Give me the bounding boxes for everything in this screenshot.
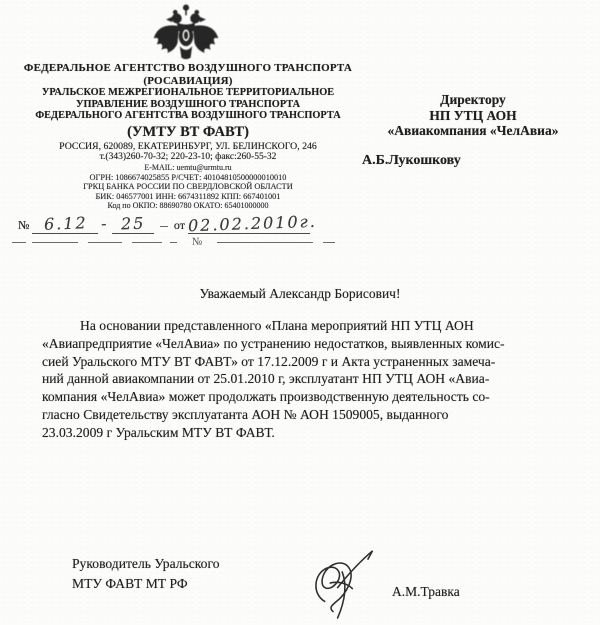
salutation: Уважаемый Александр Борисович! (40, 286, 560, 302)
agency-name-line2: (РОСАВИАЦИЯ) (18, 75, 358, 88)
body-line: компания «ЧелАвиа» может продолжать прои… (42, 388, 564, 406)
outgoing-number-dash: - (101, 214, 109, 233)
signature-icon (310, 546, 402, 620)
org-name-line2: УПРАВЛЕНИЕ ВОЗДУШНОГО ТРАНСПОРТА (18, 99, 358, 111)
scanned-letter-page: ФЕДЕРАЛЬНОЕ АГЕНТСТВО ВОЗДУШНОГО ТРАНСПО… (0, 0, 600, 625)
body-line: гласно Свидетельству эксплуатанта АОН № … (42, 406, 564, 424)
outgoing-number-part2: 25 (120, 214, 145, 234)
addressee-company: «Авиакомпания «ЧелАвиа» (356, 123, 590, 139)
reply-no-label: № (192, 236, 203, 248)
signer-title-line1: Руководитель Уральского (72, 554, 332, 574)
body-line: «Авиапредприятие «ЧелАвиа» по устранению… (42, 335, 564, 353)
signer-title: Руководитель Уральского МТУ ФАВТ МТ РФ (72, 554, 332, 594)
org-name-line3: ФЕДЕРАЛЬНОГО АГЕНТСТВА ВОЗДУШНОГО ТРАНСП… (18, 110, 358, 122)
reply-reference-row: № (12, 236, 342, 248)
ref-ot-label: от (174, 218, 185, 232)
date-field: 02.02.2010г. (188, 214, 310, 234)
outgoing-number-field2: 25 (112, 214, 154, 234)
addressee-block: Директору НП УТЦ АОН «Авиакомпания «ЧелА… (356, 92, 590, 139)
double-eagle-emblem-icon (146, 3, 226, 63)
body-line: ний данной авиакомпании от 25.01.2010 г,… (42, 370, 564, 388)
bank-line: ГРКЦ БАНКА РОССИИ ПО СВЕРДЛОВСКОЙ ОБЛАСТ… (18, 182, 358, 192)
okpo-okato-line: Код по ОКПО: 88690780 ОКАТО: 65401000000 (18, 201, 358, 211)
org-email: E-MAIL: uemtu@urmtu.ru (18, 163, 358, 173)
date-handwritten: 02.02.2010г. (188, 212, 317, 235)
addressee-name: А.Б.Лукошкову (362, 153, 461, 169)
body-line: 23.03.2009 г Уральским МТУ ВТ ФАВТ. (42, 424, 564, 442)
body-line: сией Уральского МТУ ВТ ФАВТ» от 17.12.20… (42, 353, 564, 371)
agency-name-line1: ФЕДЕРАЛЬНОЕ АГЕНТСТВО ВОЗДУШНОГО ТРАНСПО… (18, 62, 358, 75)
org-name-line1: УРАЛЬСКОЕ МЕЖРЕГИОНАЛЬНОЕ ТЕРРИТОРИАЛЬНО… (18, 87, 358, 99)
reference-row: № 6.12 - 25 от 02.02.2010г. (18, 214, 348, 234)
body-line: На основании представленного «Плана меро… (42, 317, 564, 335)
signer-name: А.М.Травка (392, 584, 460, 600)
org-address: РОССИЯ, 620089, ЕКАТЕРИНБУРГ, УЛ. БЕЛИНС… (18, 141, 358, 153)
org-abbreviation: (УМТУ ВТ ФАВТ) (18, 122, 358, 141)
ref-no-label: № (18, 218, 29, 232)
ogrn-account-line: ОГРН: 1086674025855 Р/СЧЕТ: 401048105000… (18, 173, 358, 183)
outgoing-number-part1: 6.12 (43, 213, 87, 234)
addressee-position: Директору (356, 92, 590, 108)
letterhead: ФЕДЕРАЛЬНОЕ АГЕНТСТВО ВОЗДУШНОГО ТРАНСПО… (18, 62, 358, 211)
outgoing-number-field: 6.12 (32, 214, 98, 234)
body-paragraph: На основании представленного «Плана меро… (42, 317, 564, 442)
bik-inn-kpp-line: БИК: 046577001 ИНН: 6674311892 КПП: 6674… (18, 192, 358, 202)
signer-title-line2: МТУ ФАВТ МТ РФ (72, 574, 332, 594)
org-phones: т.(343)260-70-32; 220-23-10; факс:260-55… (18, 152, 358, 163)
addressee-organization: НП УТЦ АОН (356, 108, 590, 124)
